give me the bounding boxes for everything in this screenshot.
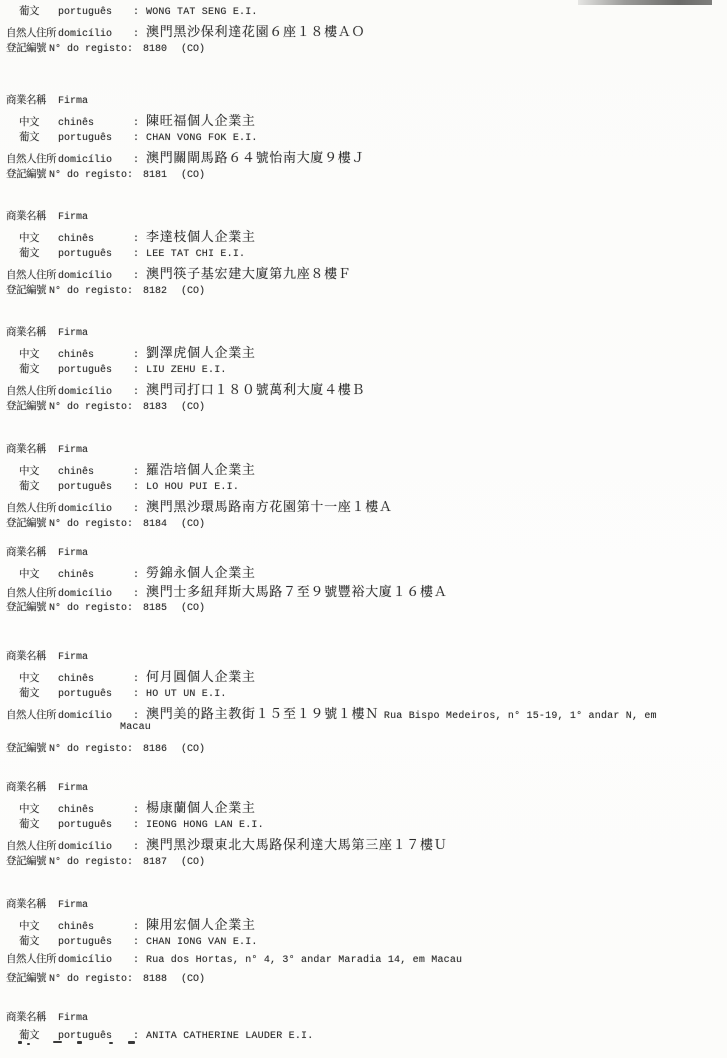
portuguese-label-zh: 葡文 <box>6 129 58 144</box>
portuguese-name-row: 葡文 português : CHAN VONG FOK E.I. <box>0 129 727 147</box>
colon: : <box>126 689 146 700</box>
firma-row: 商業名稱 Firma <box>0 441 727 459</box>
firma-label-zh: 商業名稱 <box>6 544 58 559</box>
domicile-label-zh: 自然人住所 <box>6 25 58 40</box>
domicile-label-pt: domicílio <box>58 589 126 600</box>
firma-label-zh: 商業名稱 <box>6 896 58 911</box>
registry-suffix: (CO) <box>181 402 205 413</box>
chinese-label-pt: chinês <box>58 467 126 478</box>
colon: : <box>126 234 146 245</box>
registry-number-value: 8186 <box>143 744 167 755</box>
chinese-label-zh: 中文 <box>6 230 58 245</box>
registry-number-value: 8181 <box>143 170 167 181</box>
domicile-row: 自然人住所 domicílio : 澳門關閘馬路６４號怡南大廈９樓Ｊ <box>0 147 727 165</box>
registry-number-value: 8188 <box>143 974 167 985</box>
domicile-value: Rua dos Hortas, n° 4, 3° andar Maradia 1… <box>146 955 462 966</box>
colon: : <box>126 674 146 685</box>
registry-number-row: 登記編號 N° do registo: 8185 (CO) <box>0 599 727 617</box>
registry-suffix: (CO) <box>181 286 205 297</box>
domicile-label-pt: domicílio <box>58 504 126 515</box>
registry-number-row: 登記編號 N° do registo: 8182 (CO) <box>0 282 727 300</box>
portuguese-label-zh: 葡文 <box>6 816 58 831</box>
firma-label-pt: Firma <box>58 328 126 339</box>
colon: : <box>126 133 146 144</box>
chinese-label-pt: chinês <box>58 234 126 245</box>
firma-label-pt: Firma <box>58 652 126 663</box>
registry-label-zh: 登記編號 <box>6 398 49 413</box>
domicile-value: 澳門關閘馬路６４號怡南大廈９樓Ｊ <box>146 147 365 166</box>
registry-suffix: (CO) <box>181 744 205 755</box>
chinese-name-value: 羅浩培個人企業主 <box>146 459 256 478</box>
firma-row: 商業名稱 Firma <box>0 896 727 914</box>
colon: : <box>126 504 146 515</box>
portuguese-name-value: WONG TAT SENG E.I. <box>146 7 258 18</box>
registry-number-row: 登記編號 N° do registo: 8180 (CO) <box>0 40 727 58</box>
firma-row: 商業名稱 Firma <box>0 92 727 110</box>
colon: : <box>126 482 146 493</box>
firma-label-pt: Firma <box>58 445 126 456</box>
firma-label-zh: 商業名稱 <box>6 648 58 663</box>
firma-label-zh: 商業名稱 <box>6 779 58 794</box>
firma-label-zh: 商業名稱 <box>6 324 58 339</box>
portuguese-label-pt: português <box>58 133 126 144</box>
portuguese-name-value: CHAN VONG FOK E.I. <box>146 133 258 144</box>
firma-row: 商業名稱 Firma <box>0 324 727 342</box>
domicile-row: 自然人住所 domicílio : 澳門黑沙保利達花園６座１８樓ＡＯ <box>0 21 727 39</box>
firma-label-pt: Firma <box>58 96 126 107</box>
colon: : <box>126 955 146 966</box>
portuguese-label-zh: 葡文 <box>6 478 58 493</box>
chinese-name-row: 中文 chinês : 李達枝個人企業主 <box>0 226 727 244</box>
domicile-label-pt: domicílio <box>58 387 126 398</box>
registry-number-value: 8183 <box>143 402 167 413</box>
registry-entry: 葡文 português : WONG TAT SENG E.I. 自然人住所 … <box>0 3 727 58</box>
firma-label-zh: 商業名稱 <box>6 441 58 456</box>
registry-entry: 商業名稱 Firma 中文 chinês : 楊康蘭個人企業主 葡文 portu… <box>0 779 727 871</box>
portuguese-label-zh: 葡文 <box>6 1027 58 1042</box>
portuguese-name-value: LO HOU PUI E.I. <box>146 482 239 493</box>
chinese-label-pt: chinês <box>58 805 126 816</box>
chinese-name-value: 劉澤虎個人企業主 <box>146 342 256 361</box>
chinese-label-pt: chinês <box>58 118 126 129</box>
chinese-label-pt: chinês <box>58 350 126 361</box>
registry-entry: 商業名稱 Firma 中文 chinês : 劉澤虎個人企業主 葡文 portu… <box>0 324 727 416</box>
colon: : <box>126 820 146 831</box>
portuguese-name-value: ANITA CATHERINE LAUDER E.I. <box>146 1031 313 1042</box>
firma-label-zh: 商業名稱 <box>6 1009 58 1024</box>
colon: : <box>126 155 146 166</box>
registry-number-row: 登記編號 N° do registo: 8187 (CO) <box>0 853 727 871</box>
colon: : <box>126 805 146 816</box>
registry-label-zh: 登記編號 <box>6 166 49 181</box>
domicile-label-pt: domicílio <box>58 842 126 853</box>
colon: : <box>126 118 146 129</box>
domicile-label-zh: 自然人住所 <box>6 267 58 282</box>
firma-row: 商業名稱 Firma <box>0 208 727 226</box>
chinese-name-value: 李達枝個人企業主 <box>146 226 256 245</box>
chinese-name-row: 中文 chinês : 何月圓個人企業主 <box>0 666 727 684</box>
domicile-label-zh: 自然人住所 <box>6 951 58 966</box>
domicile-label-zh: 自然人住所 <box>6 500 58 515</box>
registry-entry: 商業名稱 Firma 中文 chinês : 勞錦永個人企業主 自然人住所 do… <box>0 544 727 618</box>
portuguese-name-value: HO UT UN E.I. <box>146 689 227 700</box>
domicile-label-pt: domicílio <box>58 955 126 966</box>
registry-label-pt: N° do registo: <box>49 44 133 55</box>
registry-label-pt: N° do registo: <box>49 519 133 530</box>
registry-entry: 商業名稱 Firma 中文 chinês : 陳用宏個人企業主 葡文 portu… <box>0 896 727 988</box>
domicile-row: 自然人住所 domicílio : 澳門美的路主教街１５至１９號１樓Ｎ Rua … <box>0 703 727 721</box>
registry-label-zh: 登記編號 <box>6 40 49 55</box>
colon: : <box>126 249 146 260</box>
colon: : <box>126 589 146 600</box>
chinese-label-zh: 中文 <box>6 918 58 933</box>
portuguese-label-pt: português <box>58 7 126 18</box>
registry-number-value: 8187 <box>143 857 167 868</box>
registry-label-zh: 登記編號 <box>6 282 49 297</box>
registry-suffix: (CO) <box>181 170 205 181</box>
registry-suffix: (CO) <box>181 974 205 985</box>
domicile-label-pt: domicílio <box>58 711 126 722</box>
registry-label-zh: 登記編號 <box>6 853 49 868</box>
firma-label-zh: 商業名稱 <box>6 208 58 223</box>
firma-label-pt: Firma <box>58 212 126 223</box>
chinese-name-value: 楊康蘭個人企業主 <box>146 797 256 816</box>
domicile-label-zh: 自然人住所 <box>6 151 58 166</box>
colon: : <box>126 350 146 361</box>
portuguese-name-row: 葡文 português : WONG TAT SENG E.I. <box>0 3 727 21</box>
portuguese-label-pt: português <box>58 482 126 493</box>
registry-label-zh: 登記編號 <box>6 599 49 614</box>
colon: : <box>126 387 146 398</box>
chinese-name-row: 中文 chinês : 楊康蘭個人企業主 <box>0 797 727 815</box>
chinese-label-pt: chinês <box>58 922 126 933</box>
registry-number-value: 8182 <box>143 286 167 297</box>
firma-label-pt: Firma <box>58 548 126 559</box>
colon: : <box>126 711 146 722</box>
domicile-value: 澳門黑沙保利達花園６座１８樓ＡＯ <box>146 21 365 40</box>
chinese-name-value: 何月圓個人企業主 <box>146 666 256 685</box>
registry-number-row: 登記編號 N° do registo: 8184 (CO) <box>0 515 727 533</box>
registry-number-row: 登記編號 N° do registo: 8181 (CO) <box>0 166 727 184</box>
domicile-row: 自然人住所 domicílio : 澳門司打口１８０號萬利大廈４樓Ｂ <box>0 379 727 397</box>
domicile-label-zh: 自然人住所 <box>6 383 58 398</box>
portuguese-label-zh: 葡文 <box>6 685 58 700</box>
firma-label-pt: Firma <box>58 900 126 911</box>
firma-row: 商業名稱 Firma <box>0 779 727 797</box>
colon: : <box>126 7 146 18</box>
domicile-value: 澳門士多紐拜斯大馬路７至９號豐裕大廈１６樓Ａ <box>146 581 447 600</box>
portuguese-label-zh: 葡文 <box>6 245 58 260</box>
registry-suffix: (CO) <box>181 857 205 868</box>
colon: : <box>126 937 146 948</box>
portuguese-label-pt: português <box>58 937 126 948</box>
portuguese-name-row: 葡文 português : IEONG HONG LAN E.I. <box>0 816 727 834</box>
chinese-label-zh: 中文 <box>6 801 58 816</box>
portuguese-name-row: 葡文 português : HO UT UN E.I. <box>0 685 727 703</box>
chinese-name-row: 中文 chinês : 陳旺福個人企業主 <box>0 110 727 128</box>
registry-entry: 商業名稱 Firma 中文 chinês : 何月圓個人企業主 葡文 portu… <box>0 648 727 758</box>
domicile-label-zh: 自然人住所 <box>6 707 58 722</box>
domicile-label-pt: domicílio <box>58 271 126 282</box>
chinese-name-value: 陳旺福個人企業主 <box>146 110 256 129</box>
portuguese-label-pt: português <box>58 365 126 376</box>
registry-number-row: 登記編號 N° do registo: 8186 (CO) <box>0 740 727 758</box>
chinese-label-zh: 中文 <box>6 670 58 685</box>
domicile-row: 自然人住所 domicílio : 澳門筷子基宏建大廈第九座８樓Ｆ <box>0 263 727 281</box>
domicile-label-zh: 自然人住所 <box>6 585 58 600</box>
portuguese-label-pt: português <box>58 249 126 260</box>
portuguese-name-row: 葡文 português : LEE TAT CHI E.I. <box>0 245 727 263</box>
chinese-name-row: 中文 chinês : 陳用宏個人企業主 <box>0 914 727 932</box>
registry-entry: 商業名稱 Firma 葡文 português : ANITA CATHERIN… <box>0 1009 727 1046</box>
colon: : <box>126 922 146 933</box>
registry-entry: 商業名稱 Firma 中文 chinês : 陳旺福個人企業主 葡文 portu… <box>0 92 727 184</box>
domicile-continuation-value: Macau <box>120 722 151 733</box>
colon: : <box>126 467 146 478</box>
registry-label-zh: 登記編號 <box>6 970 49 985</box>
chinese-name-row: 中文 chinês : 羅浩培個人企業主 <box>0 459 727 477</box>
registry-suffix: (CO) <box>181 519 205 530</box>
domicile-value-portuguese: Rua Bispo Medeiros, n° 15-19, 1° andar N… <box>384 711 657 722</box>
domicile-value: 澳門筷子基宏建大廈第九座８樓Ｆ <box>146 263 352 282</box>
domicile-row: 自然人住所 domicílio : 澳門黑沙環東北大馬路保利達大馬第三座１７樓Ｕ <box>0 834 727 852</box>
chinese-label-zh: 中文 <box>6 114 58 129</box>
portuguese-name-value: CHAN IONG VAN E.I. <box>146 937 258 948</box>
portuguese-name-row: 葡文 português : LIU ZEHU E.I. <box>0 361 727 379</box>
registry-number-row: 登記編號 N° do registo: 8183 (CO) <box>0 398 727 416</box>
domicile-row: 自然人住所 domicílio : Rua dos Hortas, n° 4, … <box>0 951 727 969</box>
firma-row: 商業名稱 Firma <box>0 544 727 562</box>
registry-label-zh: 登記編號 <box>6 740 49 755</box>
chinese-name-row: 中文 chinês : 勞錦永個人企業主 <box>0 562 727 580</box>
chinese-name-value: 陳用宏個人企業主 <box>146 914 256 933</box>
portuguese-name-row: 葡文 português : CHAN IONG VAN E.I. <box>0 933 727 951</box>
domicile-label-pt: domicílio <box>58 155 126 166</box>
portuguese-name-value: IEONG HONG LAN E.I. <box>146 820 264 831</box>
colon: : <box>126 570 146 581</box>
registry-label-zh: 登記編號 <box>6 515 49 530</box>
registry-suffix: (CO) <box>181 44 205 55</box>
domicile-row: 自然人住所 domicílio : 澳門黑沙環馬路南方花園第十一座１樓Ａ <box>0 496 727 514</box>
portuguese-name-value: LEE TAT CHI E.I. <box>146 249 245 260</box>
registry-entry: 商業名稱 Firma 中文 chinês : 李達枝個人企業主 葡文 portu… <box>0 208 727 300</box>
portuguese-label-pt: português <box>58 689 126 700</box>
portuguese-label-zh: 葡文 <box>6 361 58 376</box>
registry-number-row: 登記編號 N° do registo: 8188 (CO) <box>0 970 727 988</box>
registry-number-value: 8184 <box>143 519 167 530</box>
domicile-row: 自然人住所 domicílio : 澳門士多紐拜斯大馬路７至９號豐裕大廈１６樓Ａ <box>0 581 727 599</box>
registry-label-pt: N° do registo: <box>49 857 133 868</box>
domicile-value-chinese: 澳門美的路主教街１５至１９號１樓Ｎ <box>146 703 379 722</box>
domicile-value: 澳門黑沙環東北大馬路保利達大馬第三座１７樓Ｕ <box>146 834 447 853</box>
registry-number-value: 8185 <box>143 603 167 614</box>
chinese-name-row: 中文 chinês : 劉澤虎個人企業主 <box>0 342 727 360</box>
chinese-label-pt: chinês <box>58 570 126 581</box>
registry-label-pt: N° do registo: <box>49 286 133 297</box>
colon: : <box>126 365 146 376</box>
colon: : <box>126 271 146 282</box>
firma-label-pt: Firma <box>58 1013 126 1024</box>
registry-label-pt: N° do registo: <box>49 744 133 755</box>
domicile-continuation-row: Macau <box>0 722 727 740</box>
portuguese-label-zh: 葡文 <box>6 3 58 18</box>
portuguese-label-zh: 葡文 <box>6 933 58 948</box>
colon: : <box>126 29 146 40</box>
chinese-label-zh: 中文 <box>6 346 58 361</box>
portuguese-label-pt: português <box>58 820 126 831</box>
registry-label-pt: N° do registo: <box>49 974 133 985</box>
colon: : <box>126 842 146 853</box>
firma-label-pt: Firma <box>58 783 126 794</box>
chinese-name-value: 勞錦永個人企業主 <box>146 562 256 581</box>
firma-row: 商業名稱 Firma <box>0 1009 727 1027</box>
chinese-label-zh: 中文 <box>6 566 58 581</box>
firma-row: 商業名稱 Firma <box>0 648 727 666</box>
chinese-label-pt: chinês <box>58 674 126 685</box>
registry-label-pt: N° do registo: <box>49 170 133 181</box>
registry-label-pt: N° do registo: <box>49 402 133 413</box>
portuguese-name-value: LIU ZEHU E.I. <box>146 365 227 376</box>
domicile-label-zh: 自然人住所 <box>6 838 58 853</box>
portuguese-name-row: 葡文 português : LO HOU PUI E.I. <box>0 478 727 496</box>
domicile-value: 澳門黑沙環馬路南方花園第十一座１樓Ａ <box>146 496 393 515</box>
registry-suffix: (CO) <box>181 603 205 614</box>
firma-label-zh: 商業名稱 <box>6 92 58 107</box>
registry-number-value: 8180 <box>143 44 167 55</box>
registry-entry: 商業名稱 Firma 中文 chinês : 羅浩培個人企業主 葡文 portu… <box>0 441 727 533</box>
portuguese-label-pt: português <box>58 1031 126 1042</box>
domicile-value: 澳門司打口１８０號萬利大廈４樓Ｂ <box>146 379 365 398</box>
domicile-label-pt: domicílio <box>58 29 126 40</box>
document-page: 葡文 português : WONG TAT SENG E.I. 自然人住所 … <box>0 0 727 1058</box>
chinese-label-zh: 中文 <box>6 463 58 478</box>
registry-label-pt: N° do registo: <box>49 603 133 614</box>
